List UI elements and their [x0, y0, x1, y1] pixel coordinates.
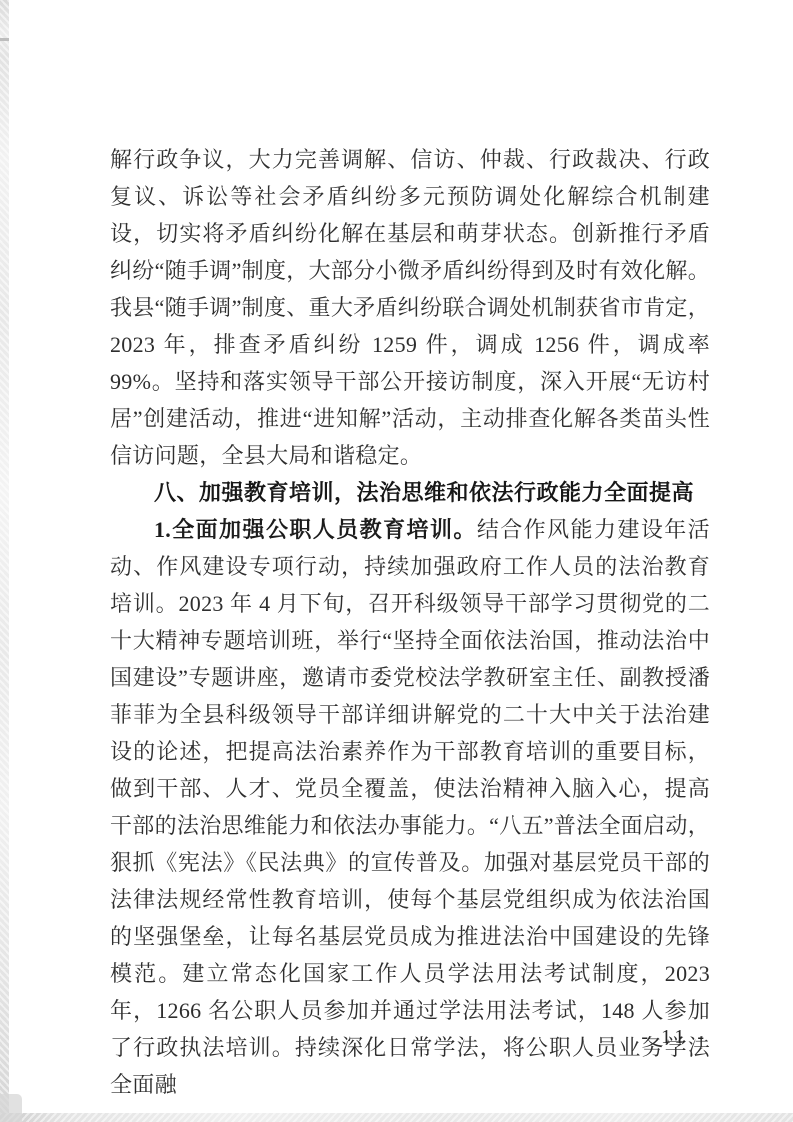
paragraph-education-training: 1.全面加强公职人员教育培训。结合作风能力建设年活动、作风建设专项行动，持续加强…: [110, 511, 710, 1103]
section-heading-education-training: 八、加强教育培训，法治思维和依法行政能力全面提高: [110, 474, 710, 511]
paragraph-dispute-mediation: 解行政争议，大力完善调解、信访、仲裁、行政裁决、行政复议、诉讼等社会矛盾纠纷多元…: [110, 141, 710, 474]
paragraph-lead-bold: 1.全面加强公职人员教育培训。: [154, 517, 477, 542]
scanned-document-page: 解行政争议，大力完善调解、信访、仲裁、行政裁决、行政复议、诉讼等社会矛盾纠纷多元…: [0, 0, 793, 1122]
scan-artifact-corner: [0, 1094, 22, 1122]
document-body: 解行政争议，大力完善调解、信访、仲裁、行政裁决、行政复议、诉讼等社会矛盾纠纷多元…: [110, 141, 710, 1103]
scan-artifact-bottom-edge: [0, 1113, 793, 1122]
paragraph-body-text: 结合作风能力建设年活动、作风建设专项行动，持续加强政府工作人员的法治教育培训。2…: [110, 517, 710, 1097]
page-number: - 11 -: [641, 1026, 708, 1049]
scan-artifact-left-edge: [0, 0, 9, 1122]
